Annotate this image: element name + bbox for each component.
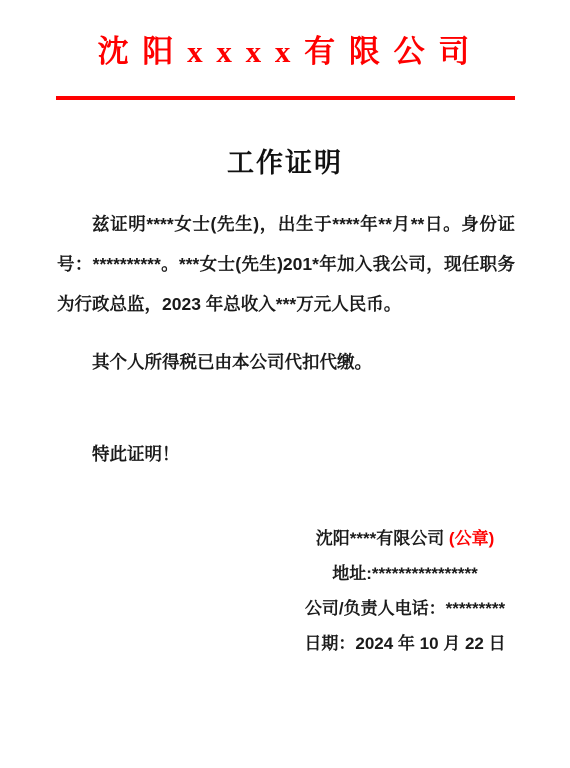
document-page: 沈 阳 x x x x 有 限 公 司 工作证明 兹证明****女士(先生)，出… [0,0,570,768]
closing-paragraph: 特此证明！ [57,434,515,474]
signature-date-line: 日期：2024 年 10 月 22 日 [250,626,560,661]
certify-paragraph: 兹证明****女士(先生)，出生于****年**月**日。身份证号：******… [57,204,515,324]
signature-company-line: 沈阳****有限公司 (公章) [250,521,560,556]
document-title: 工作证明 [0,141,570,180]
signature-address-line: 地址:**************** [250,556,560,591]
company-letterhead-title: 沈 阳 x x x x 有 限 公 司 [0,26,570,71]
signature-block: 沈阳****有限公司 (公章) 地址:**************** 公司/负… [250,521,560,661]
signature-phone-line: 公司/负责人电话：********* [250,591,560,626]
seal-note: (公章) [449,529,494,548]
signature-company-name: 沈阳****有限公司 [316,529,449,548]
letterhead-divider-rule [56,96,515,100]
tax-paragraph: 其个人所得税已由本公司代扣代缴。 [57,342,515,382]
